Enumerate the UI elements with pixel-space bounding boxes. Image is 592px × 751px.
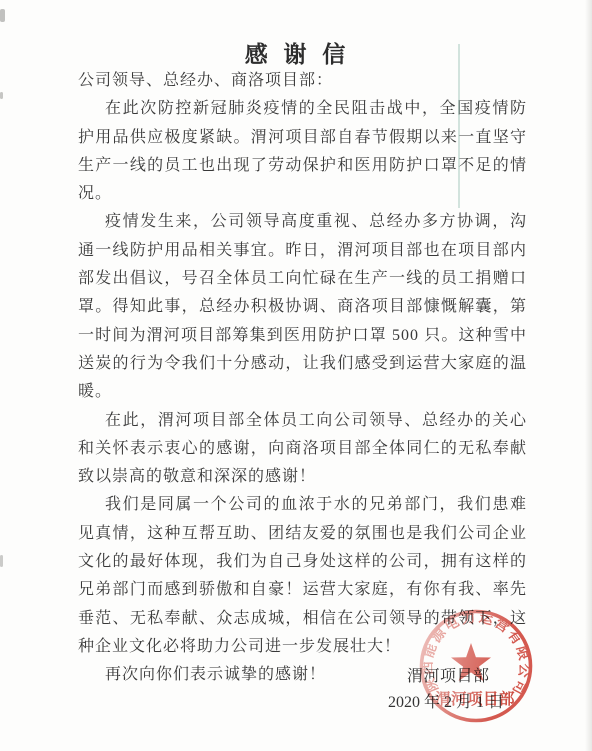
scan-artifact-line: [458, 44, 460, 208]
letter-title: 感 谢 信: [0, 36, 592, 69]
seal-company-arc-text: 陕西能源电力运营有限公司: [420, 608, 533, 699]
scan-speck: [0, 92, 3, 99]
thank-you-letter-page: 感 谢 信 公司领导、总经办、商洛项目部： 在此次防控新冠肺炎疫情的全民阻击战中…: [0, 0, 592, 751]
paragraph-3: 在此，渭河项目部全体员工向公司领导、总经办的关心和关怀表示衷心的感谢，向商洛项目…: [78, 407, 527, 492]
seal-department-text: 渭河项目部: [435, 689, 515, 708]
scan-speck: [0, 555, 3, 567]
scan-speck: [0, 9, 5, 22]
scan-edge-shadow: [585, 0, 592, 751]
company-seal: 陕西能源电力运营有限公司 渭河项目部: [414, 604, 538, 728]
paragraph-2: 疫情发生来，公司领导高度重视、总经办多方协调，沟通一线防护用品相关事宜。昨日，渭…: [78, 208, 527, 406]
star-icon: [451, 643, 491, 681]
company-seal-graphic: 陕西能源电力运营有限公司 渭河项目部: [414, 604, 538, 728]
